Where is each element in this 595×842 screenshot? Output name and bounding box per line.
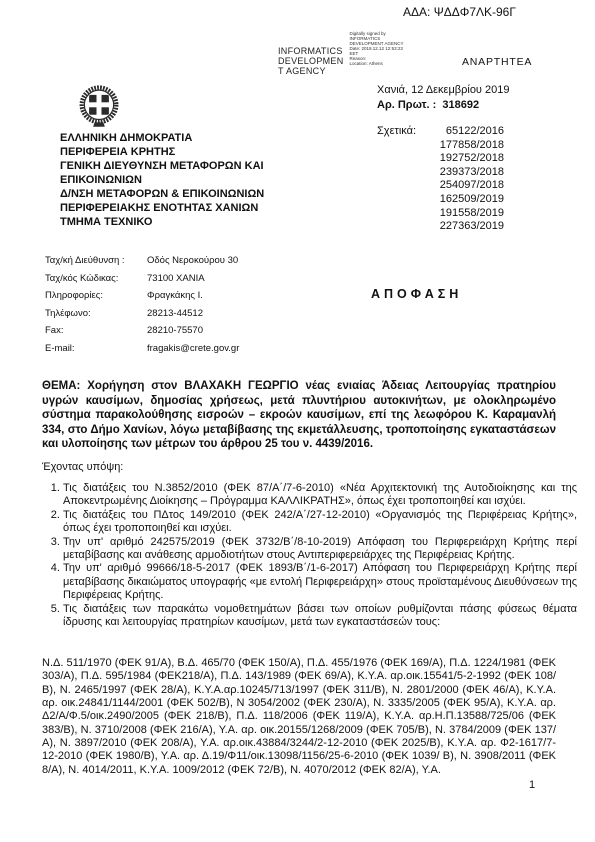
contact-label: Ταχ/κός Κώδικας:	[45, 273, 147, 284]
contact-value: Οδός Νεροκούρου 30	[147, 255, 325, 266]
decision-heading: ΑΠΟΦΑΣΗ	[371, 287, 462, 301]
protocol-line: Αρ. Πρωτ. : 318692	[377, 98, 509, 113]
contact-label: Πληροφορίες:	[45, 290, 147, 301]
preamble-item: Τις διατάξεις των παρακάτω νομοθετημάτων…	[63, 603, 577, 630]
contact-value: fragakis@crete.gov.gr	[147, 343, 325, 354]
contact-row: Ταχ/κή Διεύθυνση : Οδός Νεροκούρου 30	[45, 255, 325, 273]
digital-signature-stamp: INFORMATICSDEVELOPMENT AGENCY Digitally …	[278, 16, 403, 76]
greek-national-emblem-icon	[77, 84, 121, 130]
contact-value: 28213-44512	[147, 308, 325, 319]
preamble-item: Την υπ' αριθμό 99666/18-5-2017 (ΦΕΚ 1893…	[63, 562, 577, 602]
ada-code: ΑΔΑ: ΨΔΔΦ7ΛΚ-96Γ	[403, 5, 516, 19]
contact-label: E-mail:	[45, 343, 147, 354]
stamp-agency-line: INFORMATICS	[278, 46, 344, 56]
letterhead-line: ΕΛΛΗΝΙΚΗ ΔΗΜΟΚΡΑΤΙΑ	[60, 131, 264, 145]
contact-label: Fax:	[45, 325, 147, 336]
preamble-items-list: Τις διατάξεις του Ν.3852/2010 (ΦΕΚ 87/Α΄…	[42, 482, 577, 629]
anartitea-label: ΑΝΑΡΤΗΤΕΑ	[462, 56, 532, 68]
contact-label: Τηλέφωνο:	[45, 308, 147, 319]
subject-text: Χορήγηση στον ΒΛΑΧΑΚΗ ΓΕΩΡΓΙΟ νέας ενιαί…	[42, 380, 556, 450]
relatives-list: 65122/2016177858/2018192752/2018239373/2…	[404, 125, 504, 234]
contact-row: Ταχ/κός Κώδικας: 73100 ΧΑΝΙΑ	[45, 273, 325, 291]
letterhead-line: Δ/ΝΣΗ ΜΕΤΑΦΟΡΩΝ & ΕΠΙΚΟΙΝΩΝΙΩΝ	[60, 187, 264, 201]
relative-number: 239373/2018	[404, 166, 504, 180]
subject-paragraph: ΘΕΜΑ: Χορήγηση στον ΒΛΑΧΑΚΗ ΓΕΩΡΓΙΟ νέας…	[42, 379, 556, 452]
letterhead-line: ΕΠΙΚΟΙΝΩΝΙΩΝ	[60, 173, 264, 187]
relative-number: 227363/2019	[404, 220, 504, 234]
stamp-signature-details: Digitally signed byINFORMATICSDEVELOPMEN…	[350, 16, 404, 76]
relative-number: 192752/2018	[404, 152, 504, 166]
preamble-item: Τις διατάξεις του Ν.3852/2010 (ΦΕΚ 87/Α΄…	[63, 482, 577, 509]
relative-number: 191558/2019	[404, 207, 504, 221]
letterhead-line: ΠΕΡΙΦΕΡΕΙΑΚΗΣ ΕΝΟΤΗΤΑΣ ΧΑΝΙΩΝ	[60, 201, 264, 215]
preamble-item: Τις διατάξεις του ΠΔτος 149/2010 (ΦΕΚ 24…	[63, 509, 577, 536]
subject-label: ΘΕΜΑ:	[42, 380, 80, 392]
contact-row: Fax: 28210-75570	[45, 325, 325, 343]
page-number: 1	[529, 779, 535, 791]
document-page: ΑΔΑ: ΨΔΔΦ7ΛΚ-96Γ INFORMATICSDEVELOPMENT …	[0, 0, 595, 842]
contact-label: Ταχ/κή Διεύθυνση :	[45, 255, 147, 266]
protocol-number: 318692	[442, 99, 479, 111]
letterhead-line: ΠΕΡΙΦΕΡΕΙΑ ΚΡΗΤΗΣ	[60, 145, 264, 159]
contact-block: Ταχ/κή Διεύθυνση : Οδός Νεροκούρου 30 Τα…	[45, 255, 325, 360]
date-protocol-block: Χανιά, 12 Δεκεμβρίου 2019 Αρ. Πρωτ. : 31…	[377, 83, 509, 112]
relative-number: 254097/2018	[404, 179, 504, 193]
preamble-intro: Έχοντας υπόψη:	[42, 461, 123, 473]
relative-number: 65122/2016	[404, 125, 504, 139]
letterhead-line: ΤΜΗΜΑ ΤΕΧΝΙΚΟ	[60, 215, 264, 229]
relative-number: 177858/2018	[404, 139, 504, 153]
place-date: Χανιά, 12 Δεκεμβρίου 2019	[377, 83, 509, 98]
stamp-agency-line: T AGENCY	[278, 66, 344, 76]
preamble-item: Την υπ' αριθμό 242575/2019 (ΦΕΚ 3732/Β΄/…	[63, 536, 577, 563]
legal-references-paragraph: Ν.Δ. 511/1970 (ΦΕΚ 91/Α), Β.Δ. 465/70 (Φ…	[42, 657, 556, 777]
contact-row: E-mail: fragakis@crete.gov.gr	[45, 343, 325, 361]
letterhead-line: ΓΕΝΙΚΗ ΔΙΕΥΘΥΝΣΗ ΜΕΤΑΦΟΡΩΝ ΚΑΙ	[60, 159, 264, 173]
contact-row: Πληροφορίες: Φραγκάκης Ι.	[45, 290, 325, 308]
stamp-details-line: Location: Athens	[350, 61, 404, 66]
stamp-agency-line: DEVELOPMEN	[278, 56, 344, 66]
contact-value: Φραγκάκης Ι.	[147, 290, 325, 301]
contact-value: 28210-75570	[147, 325, 325, 336]
letterhead-department-block: ΕΛΛΗΝΙΚΗ ΔΗΜΟΚΡΑΤΙΑΠΕΡΙΦΕΡΕΙΑ ΚΡΗΤΗΣΓΕΝΙ…	[60, 131, 264, 229]
contact-value: 73100 ΧΑΝΙΑ	[147, 273, 325, 284]
stamp-agency-name: INFORMATICSDEVELOPMENT AGENCY	[278, 16, 344, 76]
protocol-label: Αρ. Πρωτ. :	[377, 99, 436, 111]
relative-number: 162509/2019	[404, 193, 504, 207]
contact-row: Τηλέφωνο: 28213-44512	[45, 308, 325, 326]
